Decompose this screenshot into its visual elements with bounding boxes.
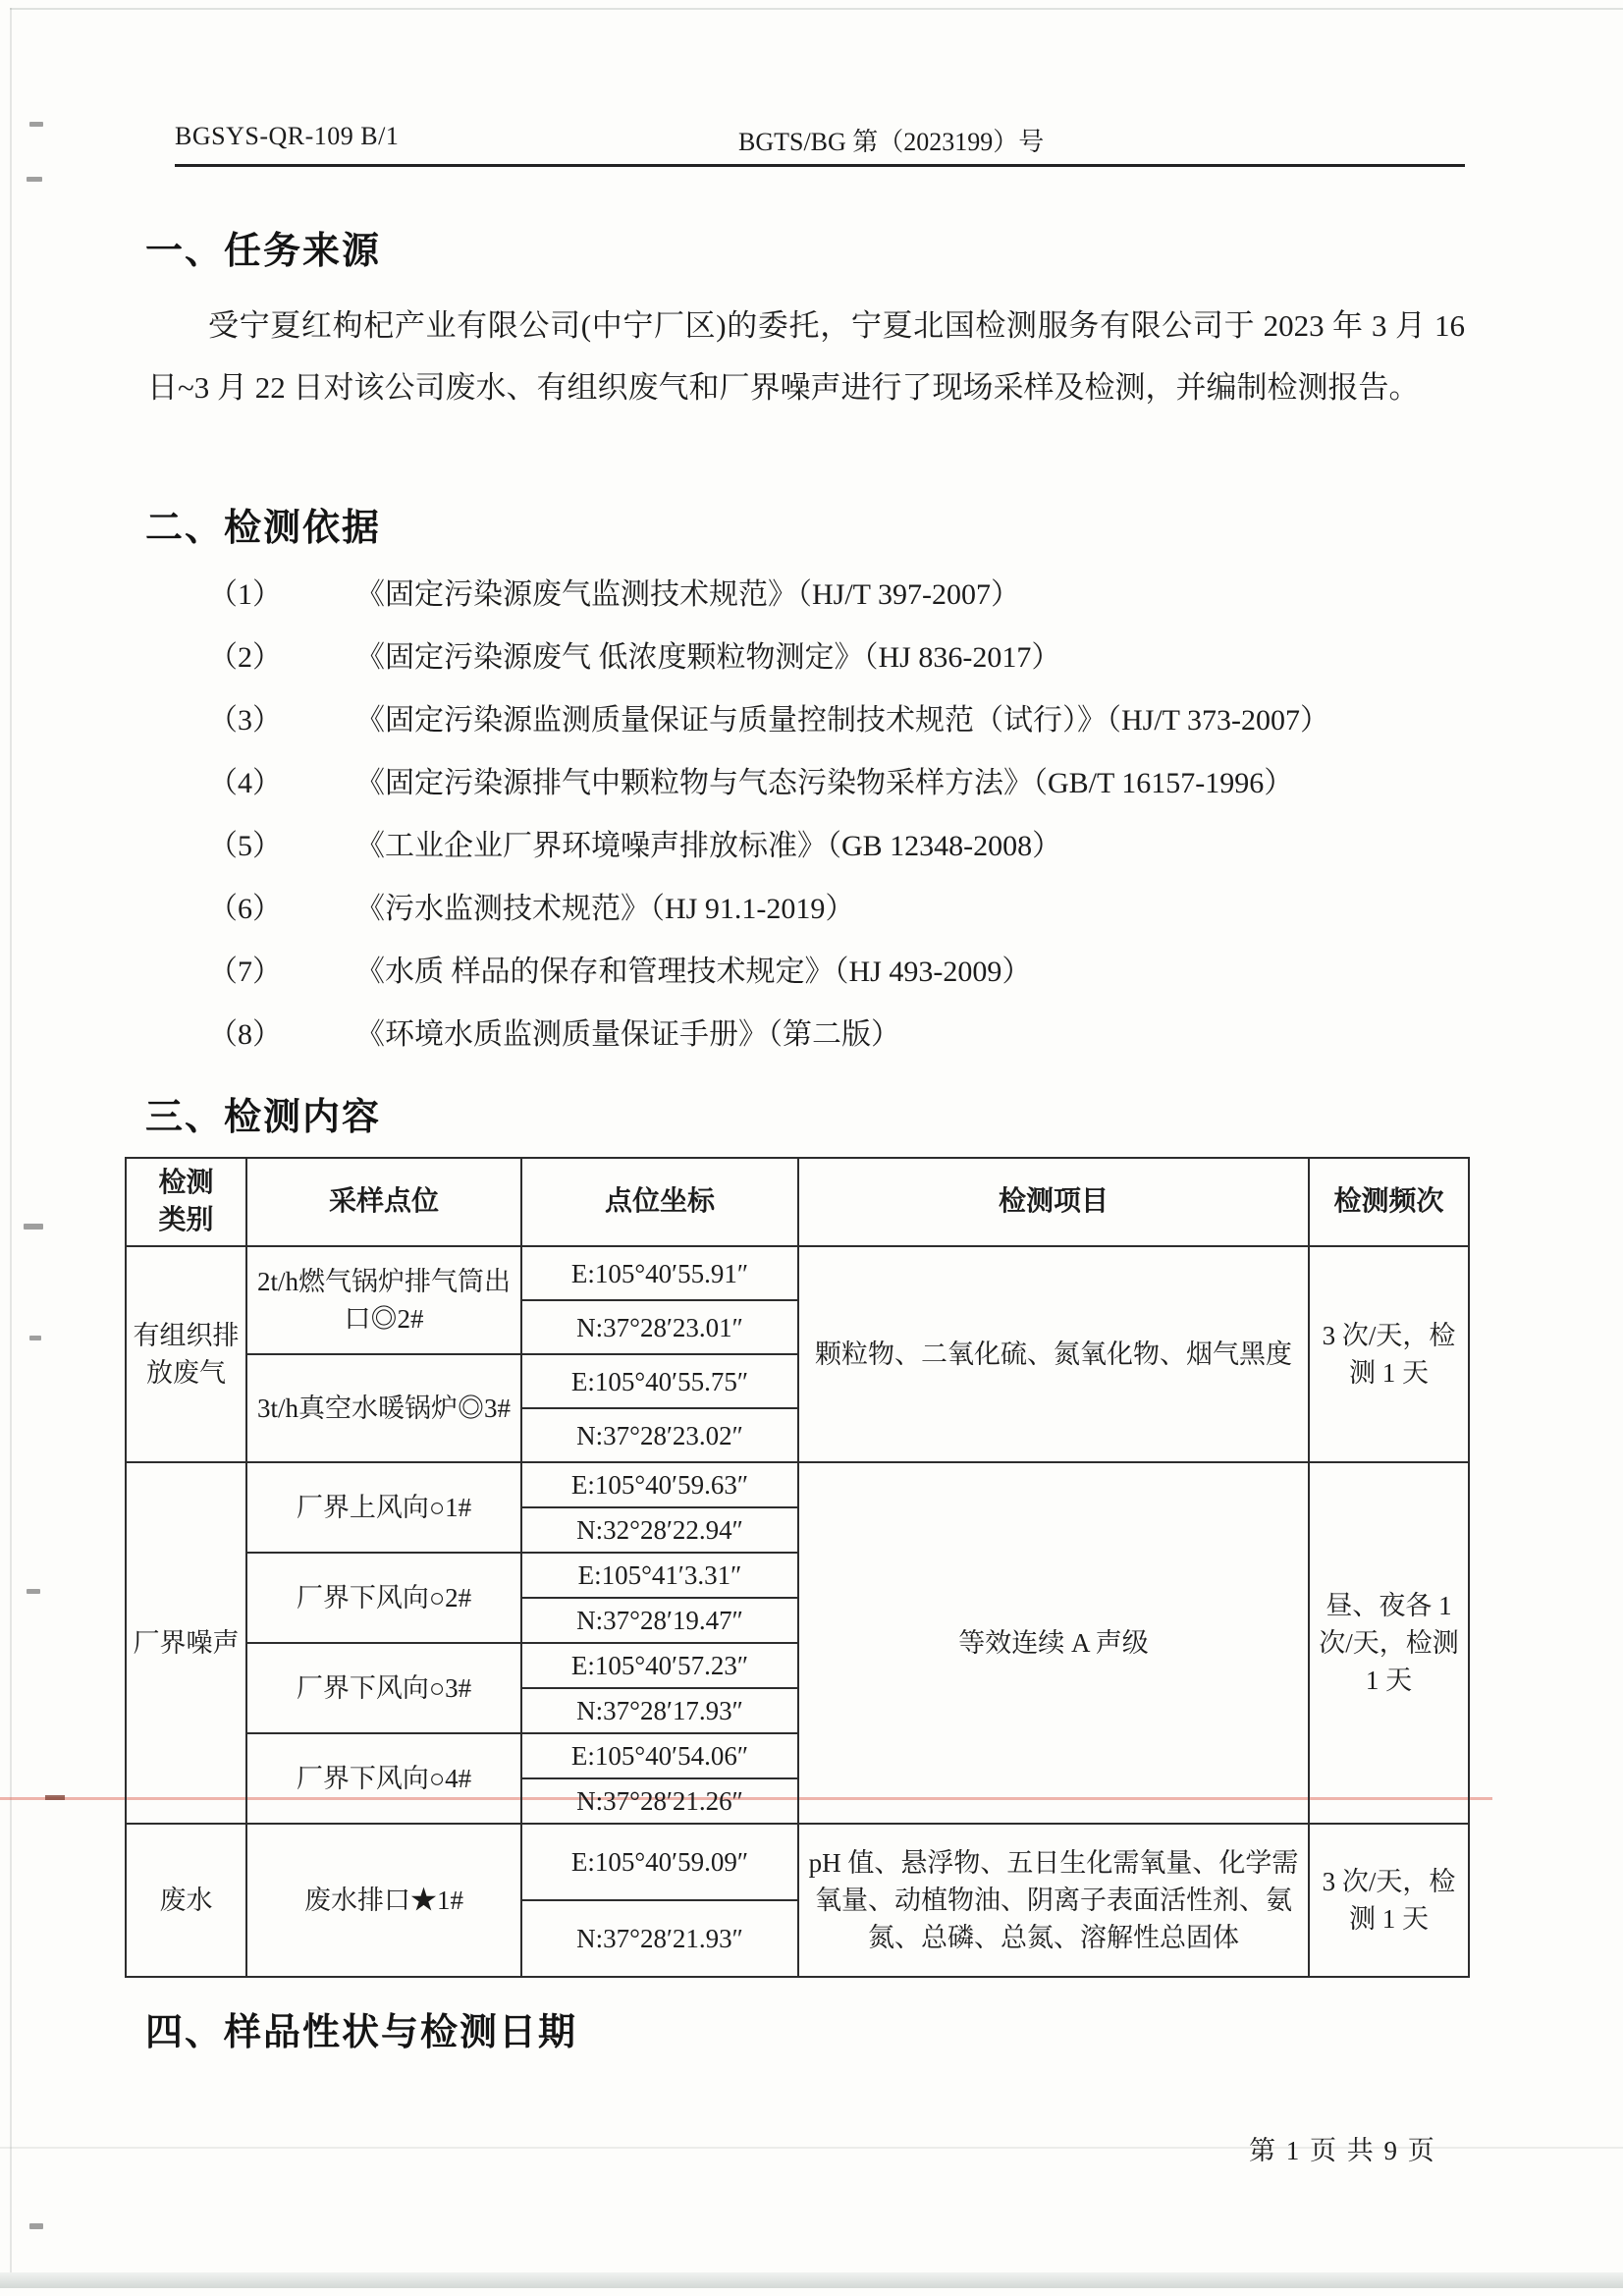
monitoring-table: 检测 类别 采样点位 点位坐标 检测项目 检测频次 有组织排放废气 2t/h燃气… <box>125 1157 1470 1978</box>
cell-sampling-point: 厂界上风向○1# <box>246 1462 521 1553</box>
basis-item-number: （1） <box>147 570 355 613</box>
cell-coordinate-e: E:105°40′59.63″ <box>521 1462 798 1507</box>
cell-sampling-point: 3t/h真空水暖锅炉◎3# <box>246 1354 521 1462</box>
basis-item-number: （5） <box>147 821 355 864</box>
table-header-row: 检测 类别 采样点位 点位坐标 检测项目 检测频次 <box>126 1158 1469 1246</box>
page-number-indicator: 第 1 页 共 9 页 <box>1249 2129 1436 2167</box>
basis-item: （7） 《水质 样品的保存和管理技术规定》（HJ 493-2009） <box>147 937 1465 1000</box>
basis-item-text: 《固定污染源废气监测技术规范》（HJ/T 397-2007） <box>355 570 1465 613</box>
basis-item: （3） 《固定污染源监测质量保证与质量控制技术规范（试行）》（HJ/T 373-… <box>147 685 1465 748</box>
basis-item-text: 《水质 样品的保存和管理技术规定》（HJ 493-2009） <box>355 947 1465 990</box>
cell-category: 废水 <box>126 1824 246 1977</box>
basis-item-number: （2） <box>147 632 355 676</box>
basis-item-text: 《固定污染源排气中颗粒物与气态污染物采样方法》（GB/T 16157-1996） <box>355 758 1465 801</box>
scan-speck <box>27 1589 40 1594</box>
testing-basis-list: （1） 《固定污染源废气监测技术规范》（HJ/T 397-2007） （2） 《… <box>147 560 1465 1063</box>
basis-item: （1） 《固定污染源废气监测技术规范》（HJ/T 397-2007） <box>147 560 1465 623</box>
cell-coordinate-n: N:37°28′21.93″ <box>521 1900 798 1977</box>
col-header-sampling-point: 采样点位 <box>246 1158 521 1246</box>
scan-edge-bottom <box>0 2272 1623 2288</box>
section-title-sample-properties: 四、样品性状与检测日期 <box>145 2001 577 2055</box>
col-header-coordinates: 点位坐标 <box>521 1158 798 1246</box>
basis-item-number: （6） <box>147 884 355 927</box>
scan-red-dash-artifact <box>45 1795 65 1800</box>
basis-item-text: 《环境水质监测质量保证手册》（第二版） <box>355 1010 1465 1053</box>
cell-coordinate-n: N:37°28′21.26″ <box>521 1778 798 1824</box>
task-source-paragraph: 受宁夏红枸杞产业有限公司(中宁厂区)的委托，宁夏北国检测服务有限公司于 2023… <box>147 295 1465 418</box>
basis-item-number: （3） <box>147 695 355 738</box>
scan-speck <box>24 1224 43 1230</box>
cell-items: 颗粒物、二氧化硫、氮氧化物、烟气黑度 <box>798 1246 1309 1462</box>
cell-frequency: 3 次/天，检测 1 天 <box>1309 1246 1469 1462</box>
header-report-number: BGTS/BG 第（2023199）号 <box>738 122 1044 158</box>
basis-item: （8） 《环境水质监测质量保证手册》（第二版） <box>147 1000 1465 1063</box>
basis-item: （4） 《固定污染源排气中颗粒物与气态污染物采样方法》（GB/T 16157-1… <box>147 748 1465 811</box>
basis-item-number: （7） <box>147 947 355 990</box>
cell-coordinate-e: E:105°40′57.23″ <box>521 1643 798 1688</box>
cell-sampling-point: 2t/h燃气锅炉排气筒出口◎2# <box>246 1246 521 1354</box>
basis-item-text: 《工业企业厂界环境噪声排放标准》（GB 12348-2008） <box>355 821 1465 864</box>
cell-coordinate-e: E:105°41′3.31″ <box>521 1553 798 1598</box>
cell-category: 厂界噪声 <box>126 1462 246 1824</box>
table-row: 有组织排放废气 2t/h燃气锅炉排气筒出口◎2# E:105°40′55.91″… <box>126 1246 1469 1300</box>
cell-frequency: 昼、夜各 1 次/天，检测 1 天 <box>1309 1462 1469 1824</box>
basis-item: （2） 《固定污染源废气 低浓度颗粒物测定》（HJ 836-2017） <box>147 623 1465 685</box>
cell-coordinate-e: E:105°40′54.06″ <box>521 1733 798 1778</box>
cell-sampling-point: 厂界下风向○4# <box>246 1733 521 1824</box>
cell-coordinate-e: E:105°40′55.75″ <box>521 1354 798 1408</box>
cell-coordinate-n: N:37°28′23.02″ <box>521 1408 798 1462</box>
basis-item: （6） 《污水监测技术规范》（HJ 91.1-2019） <box>147 874 1465 937</box>
cell-coordinate-e: E:105°40′55.91″ <box>521 1246 798 1300</box>
scan-edge-left <box>10 8 12 2288</box>
basis-item-number: （4） <box>147 758 355 801</box>
basis-item: （5） 《工业企业厂界环境噪声排放标准》（GB 12348-2008） <box>147 811 1465 874</box>
cell-frequency: 3 次/天，检测 1 天 <box>1309 1824 1469 1977</box>
monitoring-table-wrapper: 检测 类别 采样点位 点位坐标 检测项目 检测频次 有组织排放废气 2t/h燃气… <box>125 1157 1468 1978</box>
scan-speck <box>29 1336 41 1340</box>
cell-category: 有组织排放废气 <box>126 1246 246 1462</box>
cell-sampling-point: 废水排口★1# <box>246 1824 521 1977</box>
cell-items: pH 值、悬浮物、五日生化需氧量、化学需氧量、动植物油、阴离子表面活性剂、氨氮、… <box>798 1824 1309 1977</box>
cell-items: 等效连续 A 声级 <box>798 1462 1309 1824</box>
col-header-category: 检测 类别 <box>126 1158 246 1246</box>
section-title-testing-basis: 二、检测依据 <box>145 497 381 551</box>
cell-coordinate-n: N:37°28′23.01″ <box>521 1300 798 1354</box>
section-title-testing-content: 三、检测内容 <box>145 1086 381 1140</box>
header-form-code: BGSYS-QR-109 B/1 <box>175 122 399 151</box>
header-rule <box>175 164 1465 167</box>
table-row: 废水 废水排口★1# E:105°40′59.09″ pH 值、悬浮物、五日生化… <box>126 1824 1469 1900</box>
cell-coordinate-n: N:32°28′22.94″ <box>521 1507 798 1553</box>
col-header-items: 检测项目 <box>798 1158 1309 1246</box>
section-title-task-source: 一、任务来源 <box>145 220 381 274</box>
basis-item-text: 《固定污染源废气 低浓度颗粒物测定》（HJ 836-2017） <box>355 632 1465 676</box>
table-row: 厂界噪声 厂界上风向○1# E:105°40′59.63″ 等效连续 A 声级 … <box>126 1462 1469 1507</box>
cell-sampling-point: 厂界下风向○2# <box>246 1553 521 1643</box>
cell-coordinate-n: N:37°28′19.47″ <box>521 1598 798 1643</box>
basis-item-text: 《污水监测技术规范》（HJ 91.1-2019） <box>355 884 1465 927</box>
scanned-report-page: BGSYS-QR-109 B/1 BGTS/BG 第（2023199）号 一、任… <box>0 0 1623 2296</box>
scan-speck <box>29 2223 43 2229</box>
col-header-frequency: 检测频次 <box>1309 1158 1469 1246</box>
scan-speck <box>27 177 42 182</box>
cell-coordinate-n: N:37°28′17.93″ <box>521 1688 798 1733</box>
cell-sampling-point: 厂界下风向○3# <box>246 1643 521 1733</box>
scan-speck <box>29 122 43 127</box>
scan-edge-top <box>10 8 1623 10</box>
cell-coordinate-e: E:105°40′59.09″ <box>521 1824 798 1900</box>
basis-item-number: （8） <box>147 1010 355 1053</box>
basis-item-text: 《固定污染源监测质量保证与质量控制技术规范（试行）》（HJ/T 373-2007… <box>355 695 1465 738</box>
